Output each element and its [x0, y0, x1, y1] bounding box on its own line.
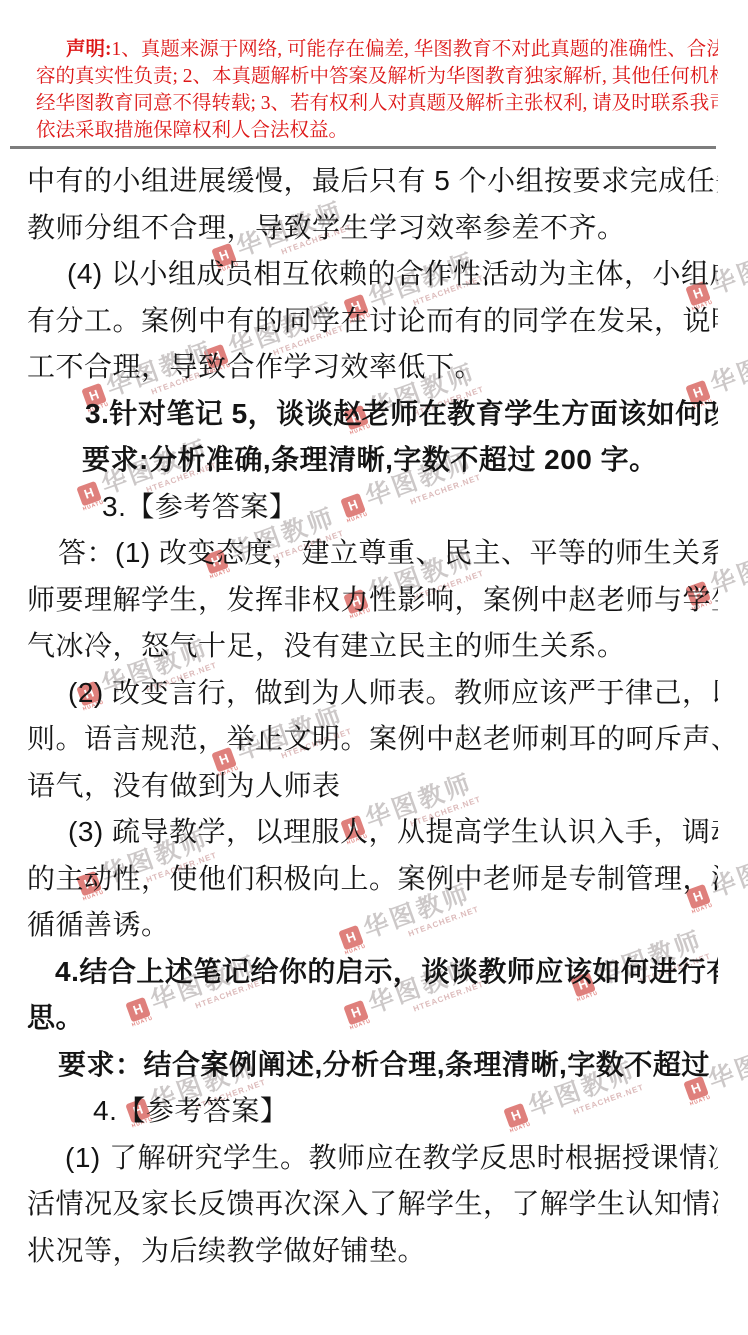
- answer-text-line: 工不合理，导致合作学习效率低下。: [27, 344, 718, 391]
- answer-text-line: 活情况及家长反馈再次深入了解学生，了解学生认知情况、心理: [27, 1181, 718, 1228]
- document-body: 中有的小组进展缓慢，最后只有 5 个小组按要求完成任务，说明教师分组不合理，导致…: [27, 158, 718, 1274]
- document-page: HHUATU华图教师HTEACHER.NETHHUATU华图教师HTEACHER…: [0, 0, 748, 1335]
- question-text-line: 4.结合上述笔记给你的启示，谈谈教师应该如何进行有效反: [27, 949, 718, 996]
- answer-text-line: 循循善诱。: [27, 902, 718, 949]
- divider-line: [10, 146, 716, 149]
- answer-text-line: 语气，没有做到为人师表: [27, 763, 718, 810]
- disclaimer-notice: 声明:1、真题来源于网络, 可能存在偏差, 华图教育不对此真题的准确性、合法性以…: [36, 36, 718, 144]
- answer-text-line: (4) 以小组成员相互依赖的合作性活动为主体，小组成员要: [27, 251, 718, 298]
- question-text-line: 要求：结合案例阐述,分析合理,条理清晰,字数不超过 400 字。: [27, 1042, 718, 1089]
- disclaimer-label: 声明:: [66, 39, 112, 60]
- disclaimer-line: 经华图教育同意不得转载; 3、若有权利人对真题及解析主张权利, 请及时联系我司,…: [36, 90, 718, 117]
- answer-text-line: 有分工。案例中有的同学在讨论而有的同学在发呆，说明小组分: [27, 298, 718, 345]
- disclaimer-line: 声明:1、真题来源于网络, 可能存在偏差, 华图教育不对此真题的准确性、合法性以…: [36, 36, 718, 63]
- answer-text-line: 师要理解学生，发挥非权力性影响，案例中赵老师与学生交流语: [27, 577, 718, 624]
- answer-text-line: 气冰冷，怒气十足，没有建立民主的师生关系。: [27, 623, 718, 670]
- answer-text-line: (1) 了解研究学生。教师应在教学反思时根据授课情况、生: [27, 1135, 718, 1182]
- answer-text-line: (2) 改变言行，做到为人师表。教师应该严于律己，以身作: [27, 670, 718, 717]
- answer-text-line: 教师分组不合理，导致学生学习效率参差不齐。: [27, 205, 718, 252]
- answer-text-line: (3) 疏导教学，以理服人，从提高学生认识入手，调动学生: [27, 809, 718, 856]
- disclaimer-text: 1、真题来源于网络, 可能存在偏差, 华图教育不对此真题的准确性、合法性以及内: [112, 39, 719, 60]
- question-text-line: 要求:分析准确,条理清晰,字数不超过 200 字。: [27, 437, 718, 484]
- answer-text-line: 4.【参考答案】: [27, 1088, 718, 1135]
- answer-text-line: 中有的小组进展缓慢，最后只有 5 个小组按要求完成任务，说明: [27, 158, 718, 205]
- answer-text-line: 3.【参考答案】: [27, 484, 718, 531]
- answer-text-line: 状况等，为后续教学做好铺垫。: [27, 1228, 718, 1275]
- question-text-line: 思。: [27, 995, 718, 1042]
- question-text-line: 3.针对笔记 5，谈谈赵老师在教育学生方面该如何改进?: [27, 391, 718, 438]
- answer-text-line: 的主动性，使他们积极向上。案例中老师是专制管理，没有做到: [27, 856, 718, 903]
- disclaimer-line: 依法采取措施保障权利人合法权益。: [36, 117, 718, 144]
- answer-text-line: 则。语言规范，举止文明。案例中赵老师刺耳的呵斥声、烦躁的: [27, 716, 718, 763]
- answer-text-line: 答：(1) 改变态度，建立尊重、民主、平等的师生关系。教: [27, 530, 718, 577]
- disclaimer-line: 容的真实性负责; 2、本真题解析中答案及解析为华图教育独家解析, 其他任何机构及…: [36, 63, 718, 90]
